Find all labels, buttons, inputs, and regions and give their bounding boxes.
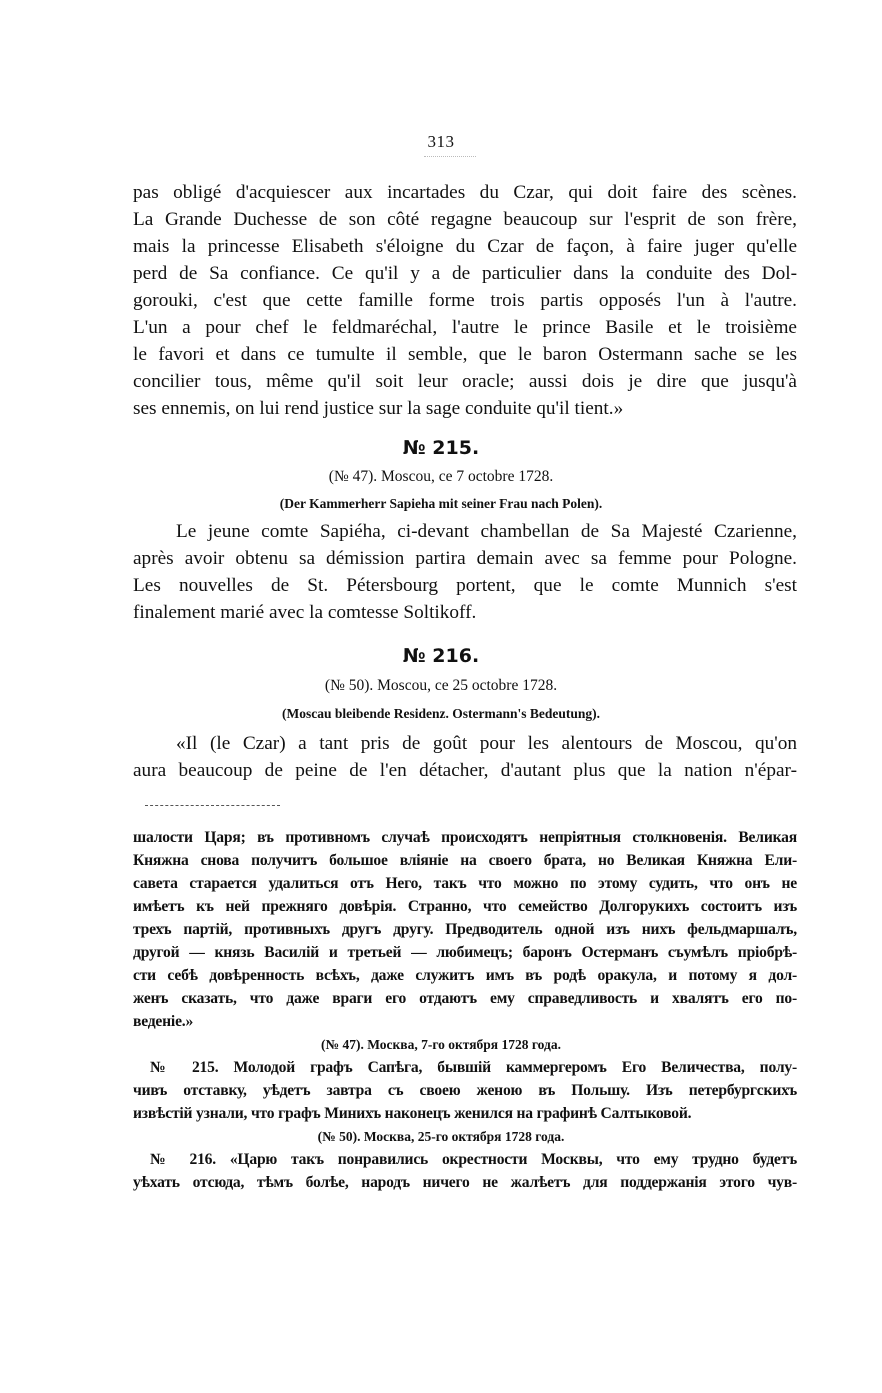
- footnote-separator: [145, 805, 280, 806]
- text-line: concilier tous, même qu'il soit leur ora…: [133, 372, 797, 391]
- text-line: finalement marié avec la comtesse Soltik…: [133, 603, 797, 622]
- entry-dateline: (№ 50). Moscou, ce 25 octobre 1728.: [0, 677, 882, 695]
- page-number-rule: [424, 156, 476, 157]
- entry-heading: № 216.: [0, 645, 882, 667]
- text-line: ses ennemis, on lui rend justice sur la …: [133, 399, 797, 418]
- entry-dateline: (№ 47). Moscou, ce 7 octobre 1728.: [0, 468, 882, 486]
- translation-line: чивъ отставку, уѣдетъ завтра съ своею же…: [133, 1083, 797, 1099]
- text-line: Les nouvelles de St. Pétersbourg portent…: [133, 576, 797, 595]
- translation-line: имѣетъ къ ней прежняго довѣрія. Странно,…: [133, 899, 797, 915]
- entry-subtitle: (Der Kammerherr Sapieha mit seiner Frau …: [0, 496, 882, 512]
- entry-heading: № 215.: [0, 437, 882, 459]
- text-line: Le jeune comte Sapiéha, ci-devant chambe…: [176, 522, 797, 541]
- translation-line: уѣхать отсюда, тѣмъ болѣе, народъ ничего…: [133, 1175, 797, 1191]
- text-line: perd de Sa confiance. Ce qu'il y a de pa…: [133, 264, 797, 283]
- text-line: pas obligé d'acquiescer aux incartades d…: [133, 183, 797, 202]
- translation-line: савета старается удалиться отъ Него, так…: [133, 876, 797, 892]
- text-line: «Il (le Czar) a tant pris de goût pour l…: [176, 734, 797, 753]
- translation-line: женъ сказать, что даже враги его отдаютъ…: [133, 991, 797, 1007]
- translation-line: № 215. Молодой графъ Сапѣга, бывшій камм…: [150, 1060, 797, 1076]
- text-line: mais la princesse Elisabeth s'éloigne du…: [133, 237, 797, 256]
- text-line: après avoir obtenu sa démission partira …: [133, 549, 797, 568]
- translation-dateline: (№ 50). Москва, 25-го октября 1728 года.: [0, 1129, 882, 1145]
- translation-line: другой — князь Василій и третьей — любим…: [133, 945, 797, 961]
- text-line: gorouki, c'est que cette famille forme t…: [133, 291, 797, 310]
- text-line: aura beaucoup de peine de l'en détacher,…: [133, 761, 797, 780]
- translation-line: шалости Царя; въ противномъ случаѣ проис…: [133, 830, 797, 846]
- translation-line: № 216. «Царю такъ понравились окрестност…: [150, 1152, 797, 1168]
- text-line: La Grande Duchesse de son côté regagne b…: [133, 210, 797, 229]
- translation-line: Княжна снова получитъ большое вліяніе на…: [133, 853, 797, 869]
- text-line: le favori et dans ce tumulte il semble, …: [133, 345, 797, 364]
- translation-line: сти себѣ довѣренность всѣхъ, даже служит…: [133, 968, 797, 984]
- entry-subtitle: (Moscau bleibende Residenz. Ostermann's …: [0, 706, 882, 722]
- translation-line: извѣстій узнали, что графъ Минихъ наконе…: [133, 1106, 797, 1122]
- translation-line: веденіе.»: [133, 1014, 797, 1030]
- translation-line: трехъ партій, противныхъ другъ другу. Пр…: [133, 922, 797, 938]
- text-line: L'un a pour chef le feldmaréchal, l'autr…: [133, 318, 797, 337]
- page-number: 313: [0, 132, 882, 152]
- translation-dateline: (№ 47). Москва, 7-го октября 1728 года.: [0, 1037, 882, 1053]
